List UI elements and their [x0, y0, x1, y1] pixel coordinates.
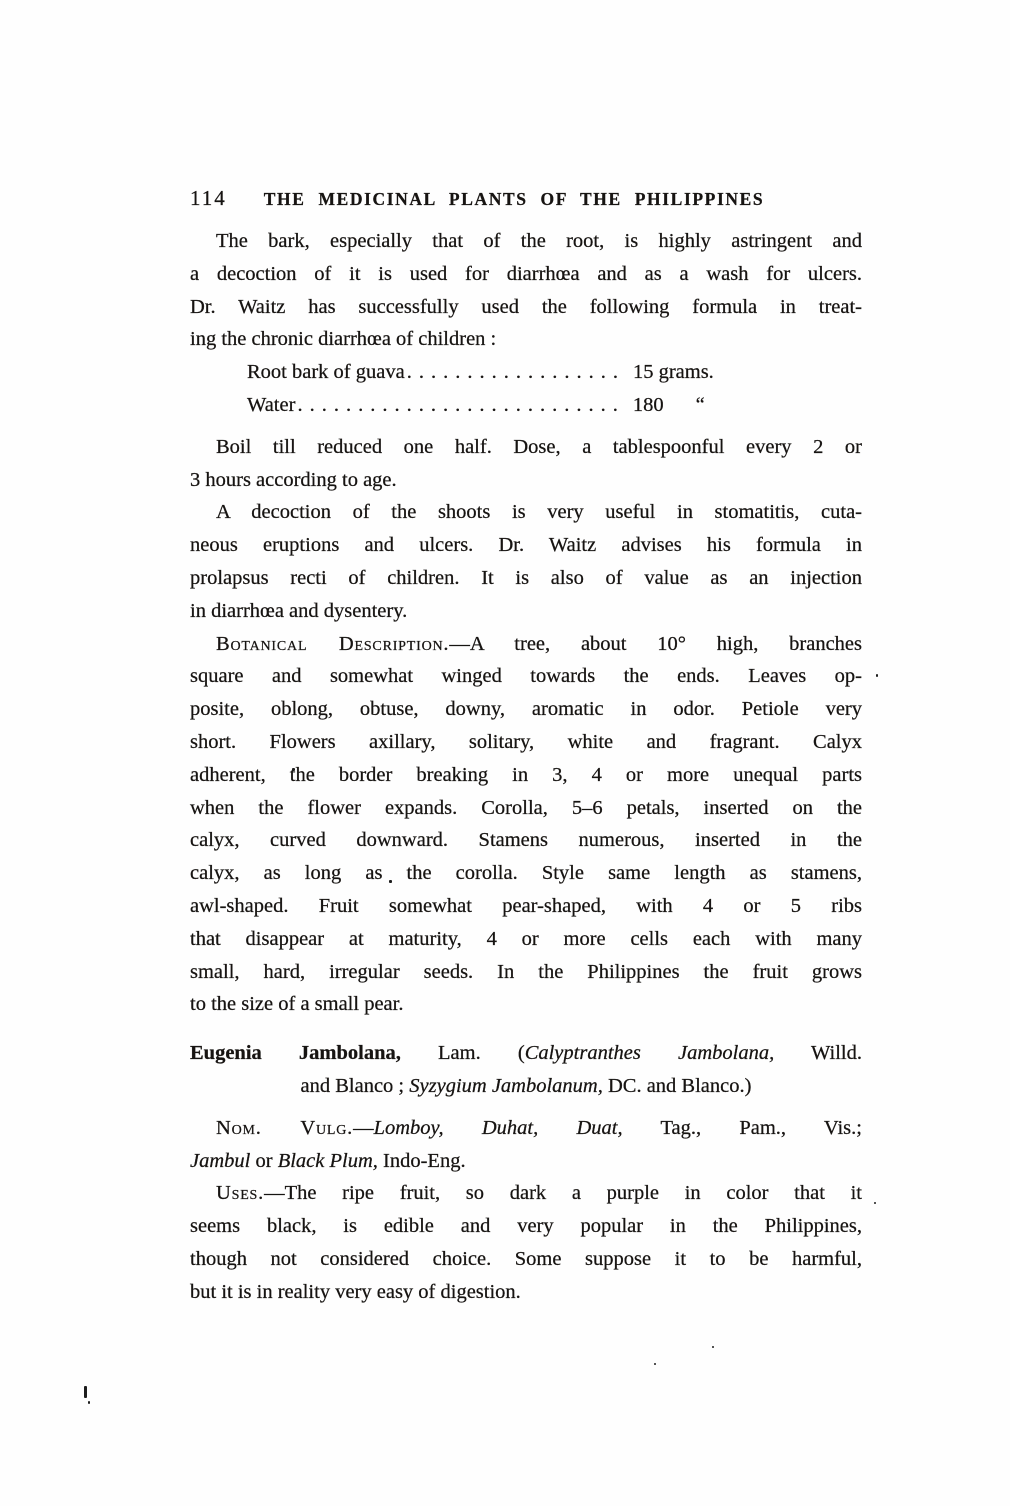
scan-artifact [712, 1346, 714, 1348]
text-line: to the size of a small pear. [190, 988, 862, 1021]
text-part: short. Flowers axillary, solitary, white… [190, 731, 862, 753]
text-line: square and somewhat winged towards the e… [190, 660, 862, 693]
text-part: in diarrhœa and dysentery. [190, 600, 407, 622]
text-part: A decoction of the shoots is very useful… [216, 501, 862, 523]
text-part: Lomboy, Duhat, Duat, [374, 1117, 623, 1139]
text-part: — [353, 1117, 374, 1139]
species-heading: Eugenia Jambolana, Lam. (Calyptranthes J… [190, 1037, 862, 1103]
scan-artifact [88, 1401, 90, 1404]
text-line: awl-shaped. Fruit somewhat pear-shaped, … [190, 890, 862, 923]
text-part: Lam. ( [401, 1042, 525, 1064]
paragraph: A decoction of the shoots is very useful… [190, 496, 862, 627]
text-line: posite, oblong, obtuse, downy, aromatic … [190, 693, 862, 726]
formula-row: Root bark of guava..................15 g… [247, 356, 862, 389]
text-part: Black Plum, [278, 1150, 378, 1172]
text-part: ing the chronic diarrhœa of children : [190, 328, 496, 350]
text-part: Tag., Pam., Vis.; [623, 1117, 862, 1139]
text-part: 3 hours according to age. [190, 469, 397, 491]
text-line: Dr. Waitz has successfully used the foll… [190, 291, 862, 324]
text-line: in diarrhœa and dysentery. [190, 595, 862, 628]
text-line: though not considered choice. Some suppo… [190, 1243, 862, 1276]
text-line: that disappear at maturity, 4 or more ce… [190, 923, 862, 956]
paragraph: Nom. Vulg.—Lomboy, Duhat, Duat, Tag., Pa… [190, 1112, 862, 1178]
text-part: calyx, as long as the corolla. Style sam… [190, 862, 862, 884]
text-line: prolapsus recti of children. It is also … [190, 562, 862, 595]
scan-artifact [84, 1386, 87, 1398]
text-line: Nom. Vulg.—Lomboy, Duhat, Duat, Tag., Pa… [190, 1112, 862, 1145]
formula-value: 180 [633, 394, 664, 416]
text-line: The bark, especially that of the root, i… [190, 225, 862, 258]
formula-value: 15 grams. [633, 361, 714, 383]
leader-dots: ........................... [297, 394, 624, 416]
text-part: Eugenia Jambolana, [190, 1042, 401, 1064]
text-part: Uses. [216, 1182, 264, 1204]
text-part: —A tree, about 10° high, branches [449, 633, 862, 655]
text-part: The bark, especially that of the root, i… [216, 230, 862, 252]
text-part: and Blanco ; [301, 1075, 410, 1097]
text-part: Willd. [774, 1042, 862, 1064]
text-part: Boil till reduced one half. Dose, a tabl… [216, 436, 862, 458]
text-part: calyx, curved downward. Stamens numerous… [190, 829, 862, 851]
text-line: seems black, is edible and very popular … [190, 1210, 862, 1243]
page-body: The bark, especially that of the root, i… [190, 225, 862, 1309]
content-column: 114 THE MEDICINAL PLANTS OF THE PHILIPPI… [190, 186, 862, 1309]
scan-artifact [876, 674, 878, 677]
text-line: calyx, as long as the corolla. Style sam… [190, 857, 862, 890]
scan-artifact [874, 1202, 876, 1204]
text-line: small, hard, irregular seeds. In the Phi… [190, 956, 862, 989]
text-part: when the flower expands. Corolla, 5–6 pe… [190, 797, 862, 819]
page-header: 114 THE MEDICINAL PLANTS OF THE PHILIPPI… [190, 186, 862, 211]
text-part: adherent, the border breaking in 3, 4 or… [190, 764, 862, 786]
text-part: awl-shaped. Fruit somewhat pear-shaped, … [190, 895, 862, 917]
paragraph: The bark, especially that of the root, i… [190, 225, 862, 356]
paragraph: Boil till reduced one half. Dose, a tabl… [190, 431, 862, 497]
text-line: adherent, the border breaking in 3, 4 or… [190, 759, 862, 792]
formula-label: Root bark of guava [247, 361, 405, 383]
text-part: Nom. Vulg. [216, 1117, 353, 1139]
text-line: a decoction of it is used for diarrhœa a… [190, 258, 862, 291]
text-part: to the size of a small pear. [190, 993, 403, 1015]
text-part: small, hard, irregular seeds. In the Phi… [190, 961, 862, 983]
formula-row: Water...........................180“ [247, 389, 862, 422]
page-number: 114 [190, 186, 227, 211]
text-part: Jambul [190, 1150, 250, 1172]
paragraph: Uses.—The ripe fruit, so dark a purple i… [190, 1177, 862, 1308]
text-part: that disappear at maturity, 4 or more ce… [190, 928, 862, 950]
text-line: ing the chronic diarrhœa of children : [190, 323, 862, 356]
text-line: neous eruptions and ulcers. Dr. Waitz ad… [190, 529, 862, 562]
text-part: prolapsus recti of children. It is also … [190, 567, 862, 589]
text-line: 3 hours according to age. [190, 464, 862, 497]
text-line: short. Flowers axillary, solitary, white… [190, 726, 862, 759]
text-part: or [250, 1150, 277, 1172]
text-part: Botanical Description. [216, 633, 449, 655]
scanned-book-page: 114 THE MEDICINAL PLANTS OF THE PHILIPPI… [0, 0, 1010, 1506]
running-title: THE MEDICINAL PLANTS OF THE PHILIPPINES [264, 189, 764, 210]
formula-block: Root bark of guava..................15 g… [247, 356, 862, 422]
text-line: calyx, curved downward. Stamens numerous… [190, 824, 862, 857]
text-line: Uses.—The ripe fruit, so dark a purple i… [190, 1177, 862, 1210]
scan-artifact [292, 768, 295, 771]
text-part: Indo-Eng. [378, 1150, 466, 1172]
text-part: a decoction of it is used for diarrhœa a… [190, 263, 862, 285]
paragraph: Botanical Description.—A tree, about 10°… [190, 628, 862, 1022]
text-part: Syzygium Jambolanum, [409, 1075, 603, 1097]
text-line: Eugenia Jambolana, Lam. (Calyptranthes J… [190, 1037, 862, 1070]
text-part: DC. and Blanco.) [603, 1075, 752, 1097]
text-line: A decoction of the shoots is very useful… [190, 496, 862, 529]
text-part: Calyptranthes Jambolana, [525, 1042, 775, 1064]
formula-label: Water [247, 394, 295, 416]
leader-dots: .................. [407, 361, 625, 383]
text-line: Jambul or Black Plum, Indo-Eng. [190, 1145, 862, 1178]
text-part: seems black, is edible and very popular … [190, 1215, 862, 1237]
text-line: but it is in reality very easy of digest… [190, 1276, 862, 1309]
text-part: —The ripe fruit, so dark a purple in col… [264, 1182, 862, 1204]
text-part: but it is in reality very easy of digest… [190, 1281, 521, 1303]
text-part: neous eruptions and ulcers. Dr. Waitz ad… [190, 534, 862, 556]
text-part: Dr. Waitz has successfully used the foll… [190, 296, 862, 318]
text-part: though not considered choice. Some suppo… [190, 1248, 862, 1270]
ditto-mark: “ [696, 394, 705, 416]
text-line: when the flower expands. Corolla, 5–6 pe… [190, 792, 862, 825]
text-line: Boil till reduced one half. Dose, a tabl… [190, 431, 862, 464]
scan-artifact [389, 880, 392, 883]
text-part: posite, oblong, obtuse, downy, aromatic … [190, 698, 862, 720]
text-part: square and somewhat winged towards the e… [190, 665, 862, 687]
text-line: and Blanco ; Syzygium Jambolanum, DC. an… [190, 1070, 862, 1103]
text-line: Botanical Description.—A tree, about 10°… [190, 628, 862, 661]
scan-artifact [654, 1363, 656, 1365]
